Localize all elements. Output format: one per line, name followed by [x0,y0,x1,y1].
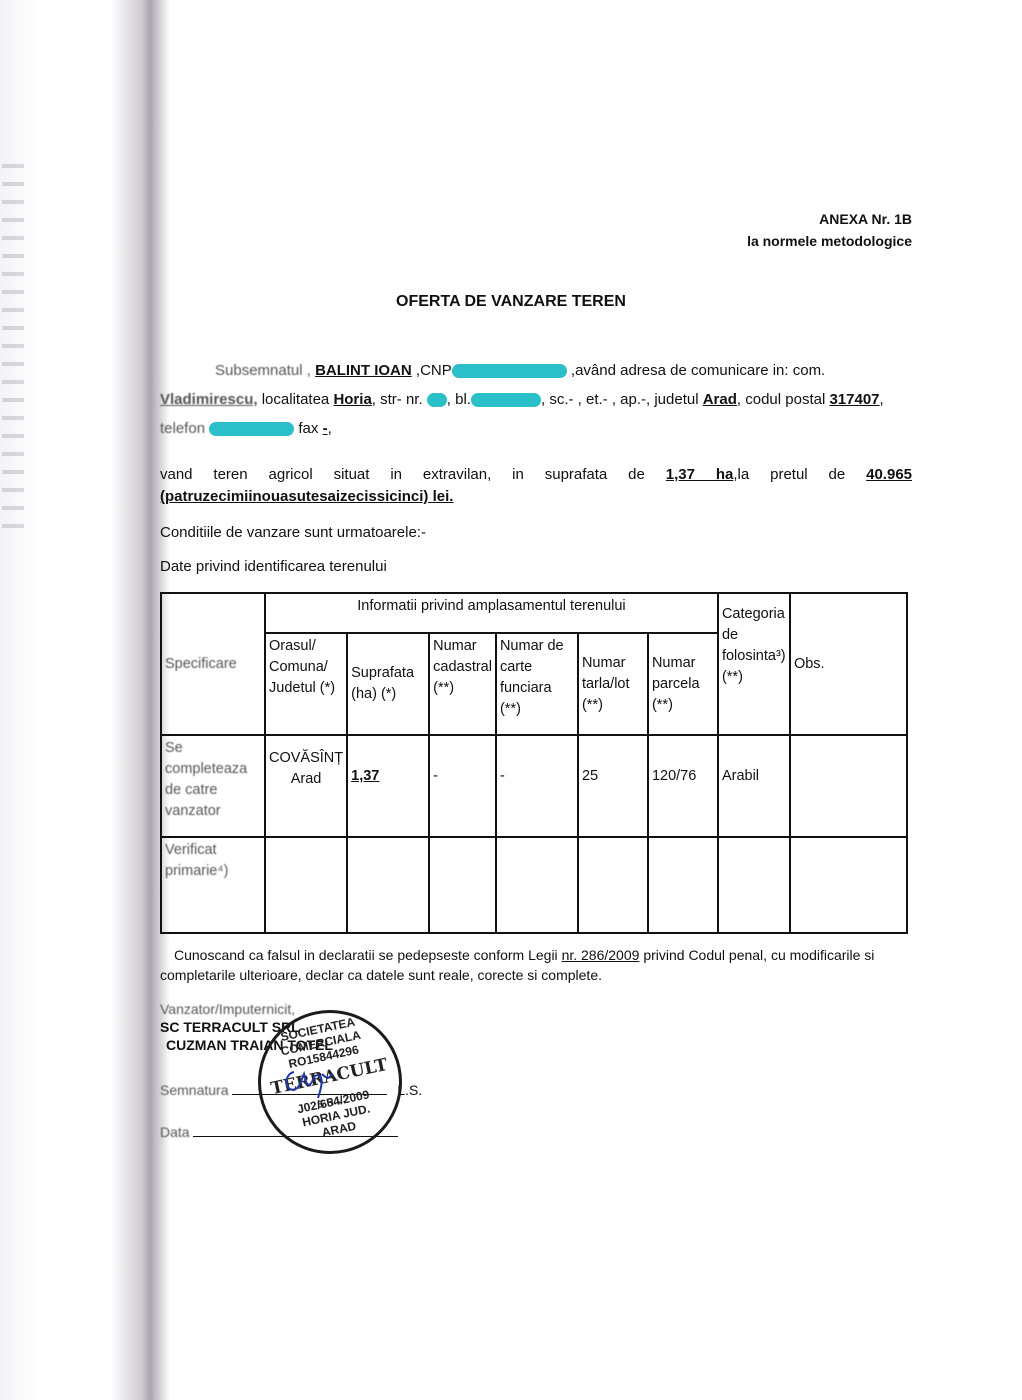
table-row: Verificat primarie⁴) [161,837,907,933]
col-land-book: Numar de carte funciara (**) [496,633,578,735]
cell-city [265,837,347,933]
cell-parcel [648,837,718,933]
address-label: ,având adresa de comunicare in: com. [571,362,825,379]
county: Arad [703,391,737,408]
conditions: Conditiile de vanzare sunt urmatoarele:- [160,518,912,547]
bl-label: , bl. [447,391,471,408]
scan-shadow [0,0,170,1400]
cell-tarla [578,837,648,933]
document-title: OFERTA DE VANZARE TEREN [0,293,1022,311]
subsemnatul-label: Subsemnatul , [215,362,311,379]
fax-value: - [323,420,328,437]
redacted-phone [209,422,294,436]
category-header: Categoria de folosinta³) (**) [718,593,790,735]
redacted-block [471,393,541,407]
cell-category: Arabil [718,735,790,837]
col-city: Orasul/ Comuna/ Judetul (*) [265,633,347,735]
declaration: Cunoscand ca falsul in declaratii se ped… [160,945,920,985]
annex-subtitle: la normele metodologice [747,230,912,252]
phone-label: telefon [160,420,205,437]
city-value: COVĂSÎNȚ [269,748,343,769]
address-rest: , sc.- , et.- , ap.-, judetul [541,391,699,408]
street-label: , str- nr. [372,391,423,408]
offer-price: 40.965 [866,466,912,483]
cell-area [347,837,429,933]
offer-price-words: (patruzecimiinouasutesaizecissicinci) le… [160,488,453,505]
table-row: Se completeaza de catre vanzator COVĂSÎN… [161,735,907,837]
offer-text: vand teren agricol situat in extravilan,… [160,466,645,483]
law-reference: nr. 286/2009 [562,947,640,963]
signature-label: Semnatura [160,1082,228,1098]
land-table: Specificare Informatii privind amplasame… [160,592,908,934]
postal-label: , codul postal [737,391,825,408]
offer-area: 1,37 ha [666,466,734,483]
locality-label: localitatea [262,391,330,408]
commune: Vladimirescu, [160,391,258,408]
redacted-cnp [452,364,567,378]
redacted-number [427,393,447,407]
col-area: Suprafata (ha) (*) [347,633,429,735]
row-label: Verificat primarie⁴) [161,837,265,933]
cell-area: 1,37 [347,735,429,837]
annex-header: ANEXA Nr. 1B la normele metodologice [747,208,912,252]
cell-obs [790,837,907,933]
locality: Horia [333,391,371,408]
bleed-through-text [2,150,24,530]
cell-tarla: 25 [578,735,648,837]
county-value: Arad [269,769,343,790]
offer-paragraph: vand teren agricol situat in extravilan,… [160,464,912,508]
group-header: Informatii privind amplasamentul terenul… [265,593,718,633]
intro-paragraph: Subsemnatul , BALINT IOAN ,CNP ,având ad… [160,356,912,443]
identification-label: Date privind identificarea terenului [160,552,912,581]
seller-name: BALINT IOAN [315,362,412,379]
cell-cadastral [429,837,496,933]
signature-scribble-icon [280,1060,340,1100]
date-label: Data [160,1124,190,1140]
declaration-text: Cunoscand ca falsul in declaratii se ped… [160,947,558,963]
col-parcel: Numar parcela (**) [648,633,718,735]
cell-land-book: - [496,735,578,837]
offer-price-label: ,la pretul de [733,466,845,483]
spec-header: Specificare [161,593,265,735]
cnp-label: ,CNP [416,362,452,379]
cell-cadastral: - [429,735,496,837]
fax-label: fax [298,420,318,437]
cell-city: COVĂSÎNȚ Arad [265,735,347,837]
cell-category [718,837,790,933]
col-cadastral: Numar cadastral (**) [429,633,496,735]
cell-land-book [496,837,578,933]
obs-header: Obs. [790,593,907,735]
annex-number: ANEXA Nr. 1B [747,208,912,230]
col-tarla: Numar tarla/lot (**) [578,633,648,735]
postal-code: 317407 [829,391,879,408]
cell-parcel: 120/76 [648,735,718,837]
cell-obs [790,735,907,837]
row-label: Se completeaza de catre vanzator [161,735,265,837]
